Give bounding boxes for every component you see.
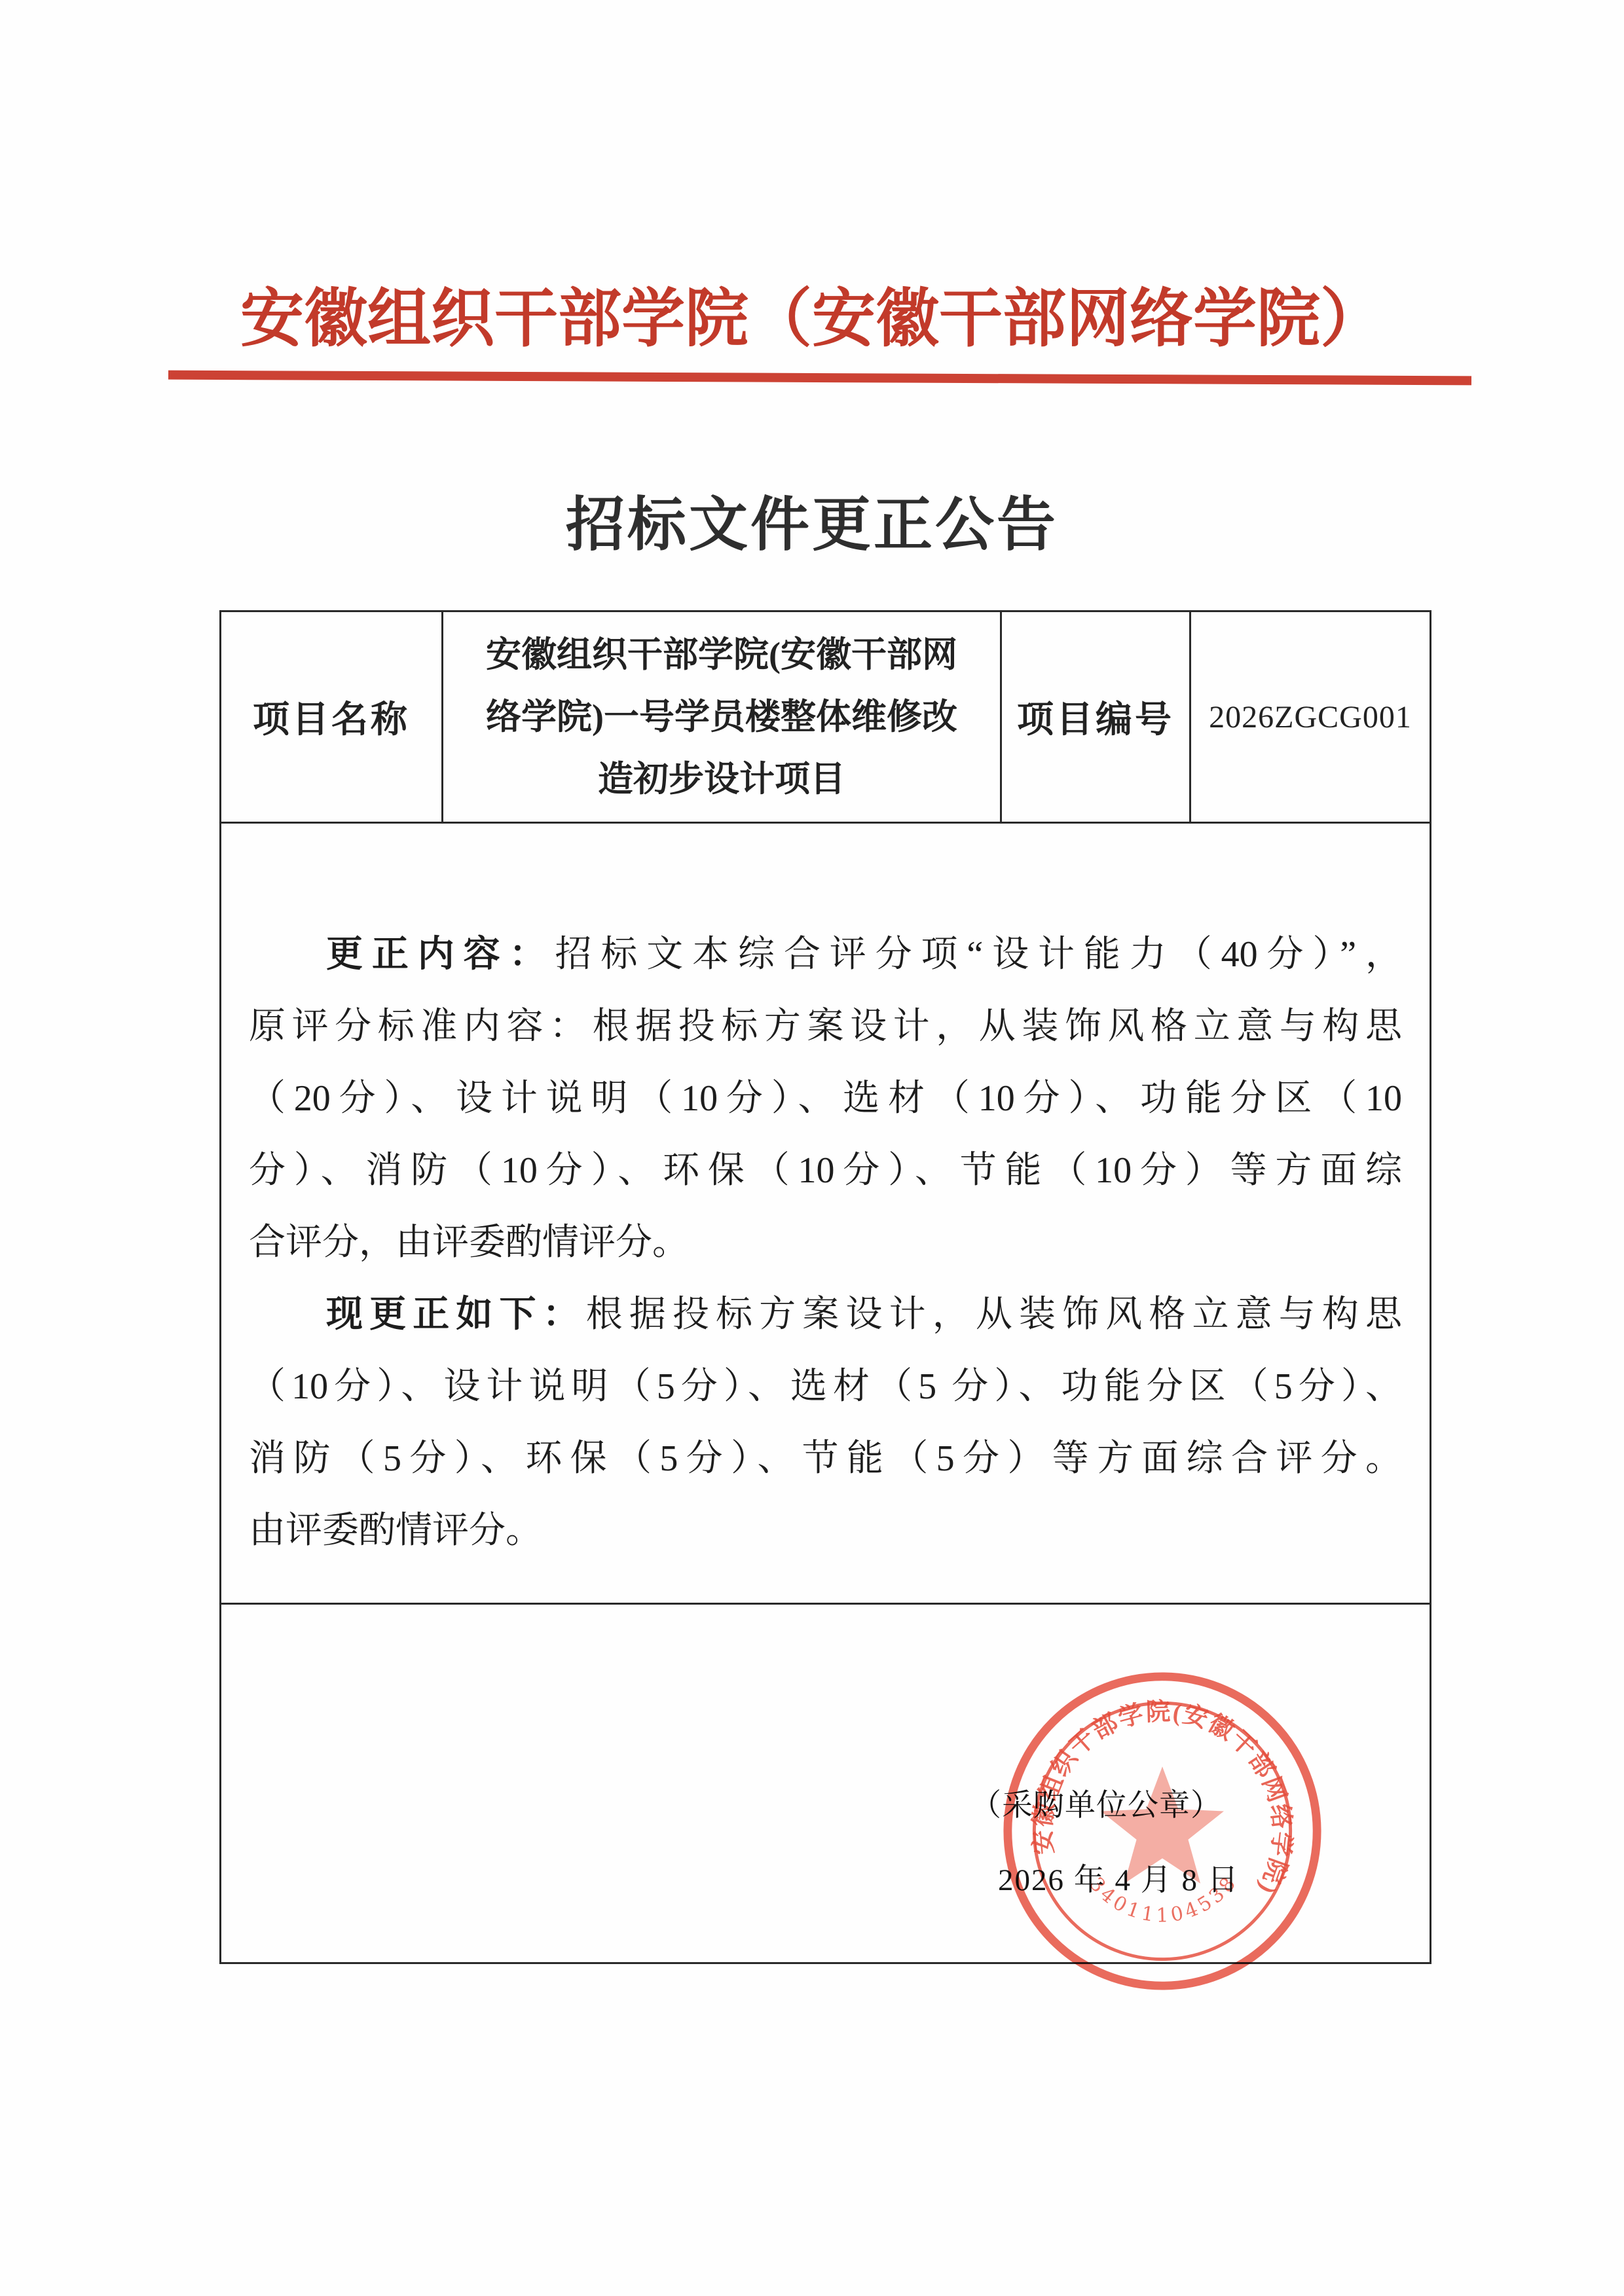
doc-title: 招标文件更正公告 <box>0 477 1624 562</box>
content-line: （20分）、设计说明（10分）、选材（10分）、功能分区（10 <box>249 1063 1402 1135</box>
header-rule <box>168 371 1471 386</box>
content-line: （10分）、设计说明（5分）、选材（5 分）、功能分区（5分）、 <box>249 1351 1402 1423</box>
content-lead: 更正内容： <box>326 934 555 975</box>
date-line: 2026 年 4 月 8 日 <box>998 1855 1240 1899</box>
content-line: 消防（5分）、环保（5分）、节能（5分）等方面综合评分。 <box>249 1423 1402 1495</box>
content-line: 更正内容：招标文本综合评分项“设计能力（40分）”， <box>249 919 1402 991</box>
document-page: 安徽组织干部学院（安徽干部网络学院） 招标文件更正公告 项目名称 安徽组织干部学… <box>0 0 1624 2296</box>
content-line: 现更正如下：根据投标方案设计，从装饰风格立意与构思 <box>249 1279 1402 1351</box>
project-name-value: 安徽组织干部学院(安徽干部网络学院)一号学员楼整体维修改造初步设计项目 <box>443 611 1001 823</box>
content-lead: 现更正如下： <box>326 1294 586 1335</box>
content-line: 由评委酌情评分。 <box>249 1495 1402 1567</box>
project-number-label: 项目编号 <box>1001 611 1190 823</box>
table-header-row: 项目名称 安徽组织干部学院(安徽干部网络学院)一号学员楼整体维修改造初步设计项目… <box>221 611 1431 823</box>
content-line: 分）、消防（10分）、环保（10分）、节能（10分）等方面综 <box>249 1135 1402 1207</box>
seal-note: （采购单位公章） <box>970 1781 1222 1825</box>
footer-cell <box>221 1604 1431 1963</box>
table-content-row: 更正内容：招标文本综合评分项“设计能力（40分）”， 原评分标准内容：根据投标方… <box>221 823 1431 1604</box>
content-line: 合评分，由评委酌情评分。 <box>249 1207 1402 1279</box>
correction-content: 更正内容：招标文本综合评分项“设计能力（40分）”， 原评分标准内容：根据投标方… <box>221 823 1431 1604</box>
project-number-value: 2026ZGCG001 <box>1190 611 1431 823</box>
project-name-label: 项目名称 <box>221 611 443 823</box>
info-table: 项目名称 安徽组织干部学院(安徽干部网络学院)一号学员楼整体维修改造初步设计项目… <box>219 610 1431 1964</box>
table-footer-row <box>221 1604 1431 1963</box>
content-line: 原评分标准内容：根据投标方案设计，从装饰风格立意与构思 <box>249 991 1402 1063</box>
org-title: 安徽组织干部学院（安徽干部网络学院） <box>0 267 1624 359</box>
